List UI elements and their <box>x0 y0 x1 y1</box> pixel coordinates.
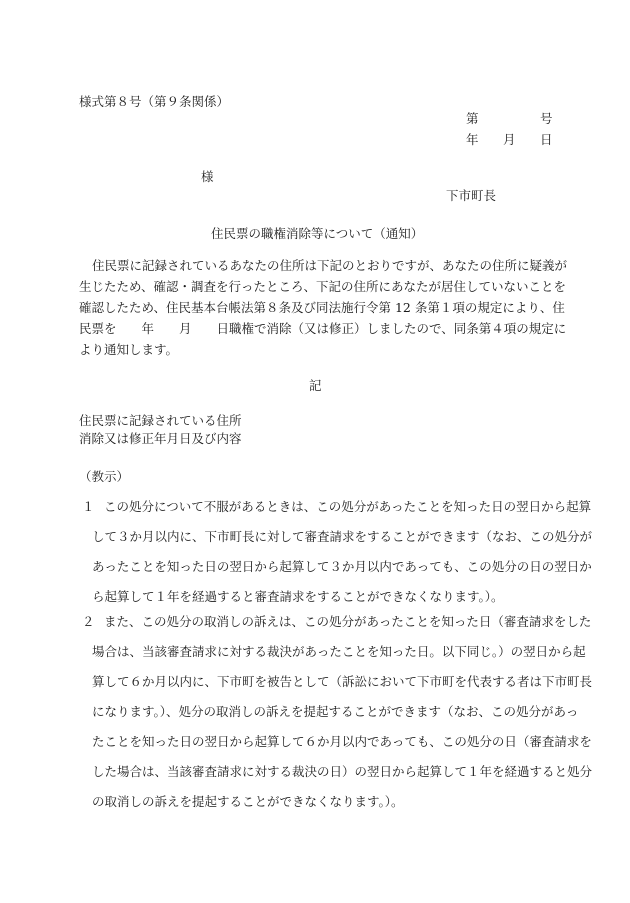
instruction-heading: （教示） <box>79 469 129 485</box>
date-year: 年 <box>466 132 479 148</box>
date-day: 日 <box>540 132 553 148</box>
instruction-line: たことを知った日の翌日から起算して６か月以内であっても、この処分の日（審査請求を <box>92 734 592 750</box>
body-line: 確認したため、住民基本台帳法第８条及び同法施行令第 12 条第１項の規定により、… <box>79 300 565 316</box>
instruction-line: になります。）、処分の取消しの訴えを提起することができます（なお、この処分があっ <box>92 704 578 720</box>
instruction-line: の取消しの訴えを提起することができなくなります。）。 <box>92 794 404 810</box>
sender-name: 下市町長 <box>446 188 496 204</box>
date-month: 月 <box>503 132 516 148</box>
instruction-line: した場合は、当該審査請求に対する裁決の日）の翌日から起算して１年を経過すると処分 <box>92 764 592 780</box>
instruction-line: 場合は、当該審査請求に対する裁決があったことを知った日。以下同じ。）の翌日から起 <box>92 644 586 660</box>
body-line: 民票を 年 月 日職権で消除（又は修正）しましたので、同条第４項の規定に <box>79 321 566 337</box>
instruction-line: して３か月以内に、下市町長に対して審査請求をすることができます（なお、この処分が <box>92 529 592 545</box>
document-title: 住民票の職権消除等について（通知） <box>211 226 423 242</box>
instruction-number: ２ <box>82 614 95 630</box>
body-line: 生じたため、確認・調査を行ったところ、下記の住所にあなたが居住していないことを <box>79 279 566 295</box>
body-line: 住民票に記録されているあなたの住所は下記のとおりですが、あなたの住所に疑義が <box>92 258 567 274</box>
instruction-line: ら起算して１年を経過すると審査請求をすることができなくなります。）。 <box>92 589 504 605</box>
instruction-line: この処分について不服があるときは、この処分があったことを知った日の翌日から起算 <box>104 499 591 515</box>
body-line: より通知します。 <box>79 342 178 358</box>
field-deletion-date-content: 消除又は修正年月日及び内容 <box>79 431 242 447</box>
ki-label: 記 <box>309 378 322 394</box>
instruction-line: 算して６か月以内に、下市町を被告として（訴訟において下市町を代表する者は下市町長 <box>92 674 592 690</box>
doc-number-prefix: 第 <box>466 111 479 127</box>
instruction-line: あったことを知った日の翌日から起算して３か月以内であっても、この処分の日の翌日か <box>92 559 592 575</box>
instruction-number: １ <box>82 499 95 515</box>
form-header: 様式第８号（第９条関係） <box>79 94 229 110</box>
instruction-line: また、この処分の取消しの訴えは、この処分があったことを知った日（審査請求をした <box>104 614 591 630</box>
addressee-suffix: 様 <box>201 169 214 185</box>
doc-number-suffix: 号 <box>540 111 553 127</box>
field-registered-address: 住民票に記録されている住所 <box>79 413 242 429</box>
